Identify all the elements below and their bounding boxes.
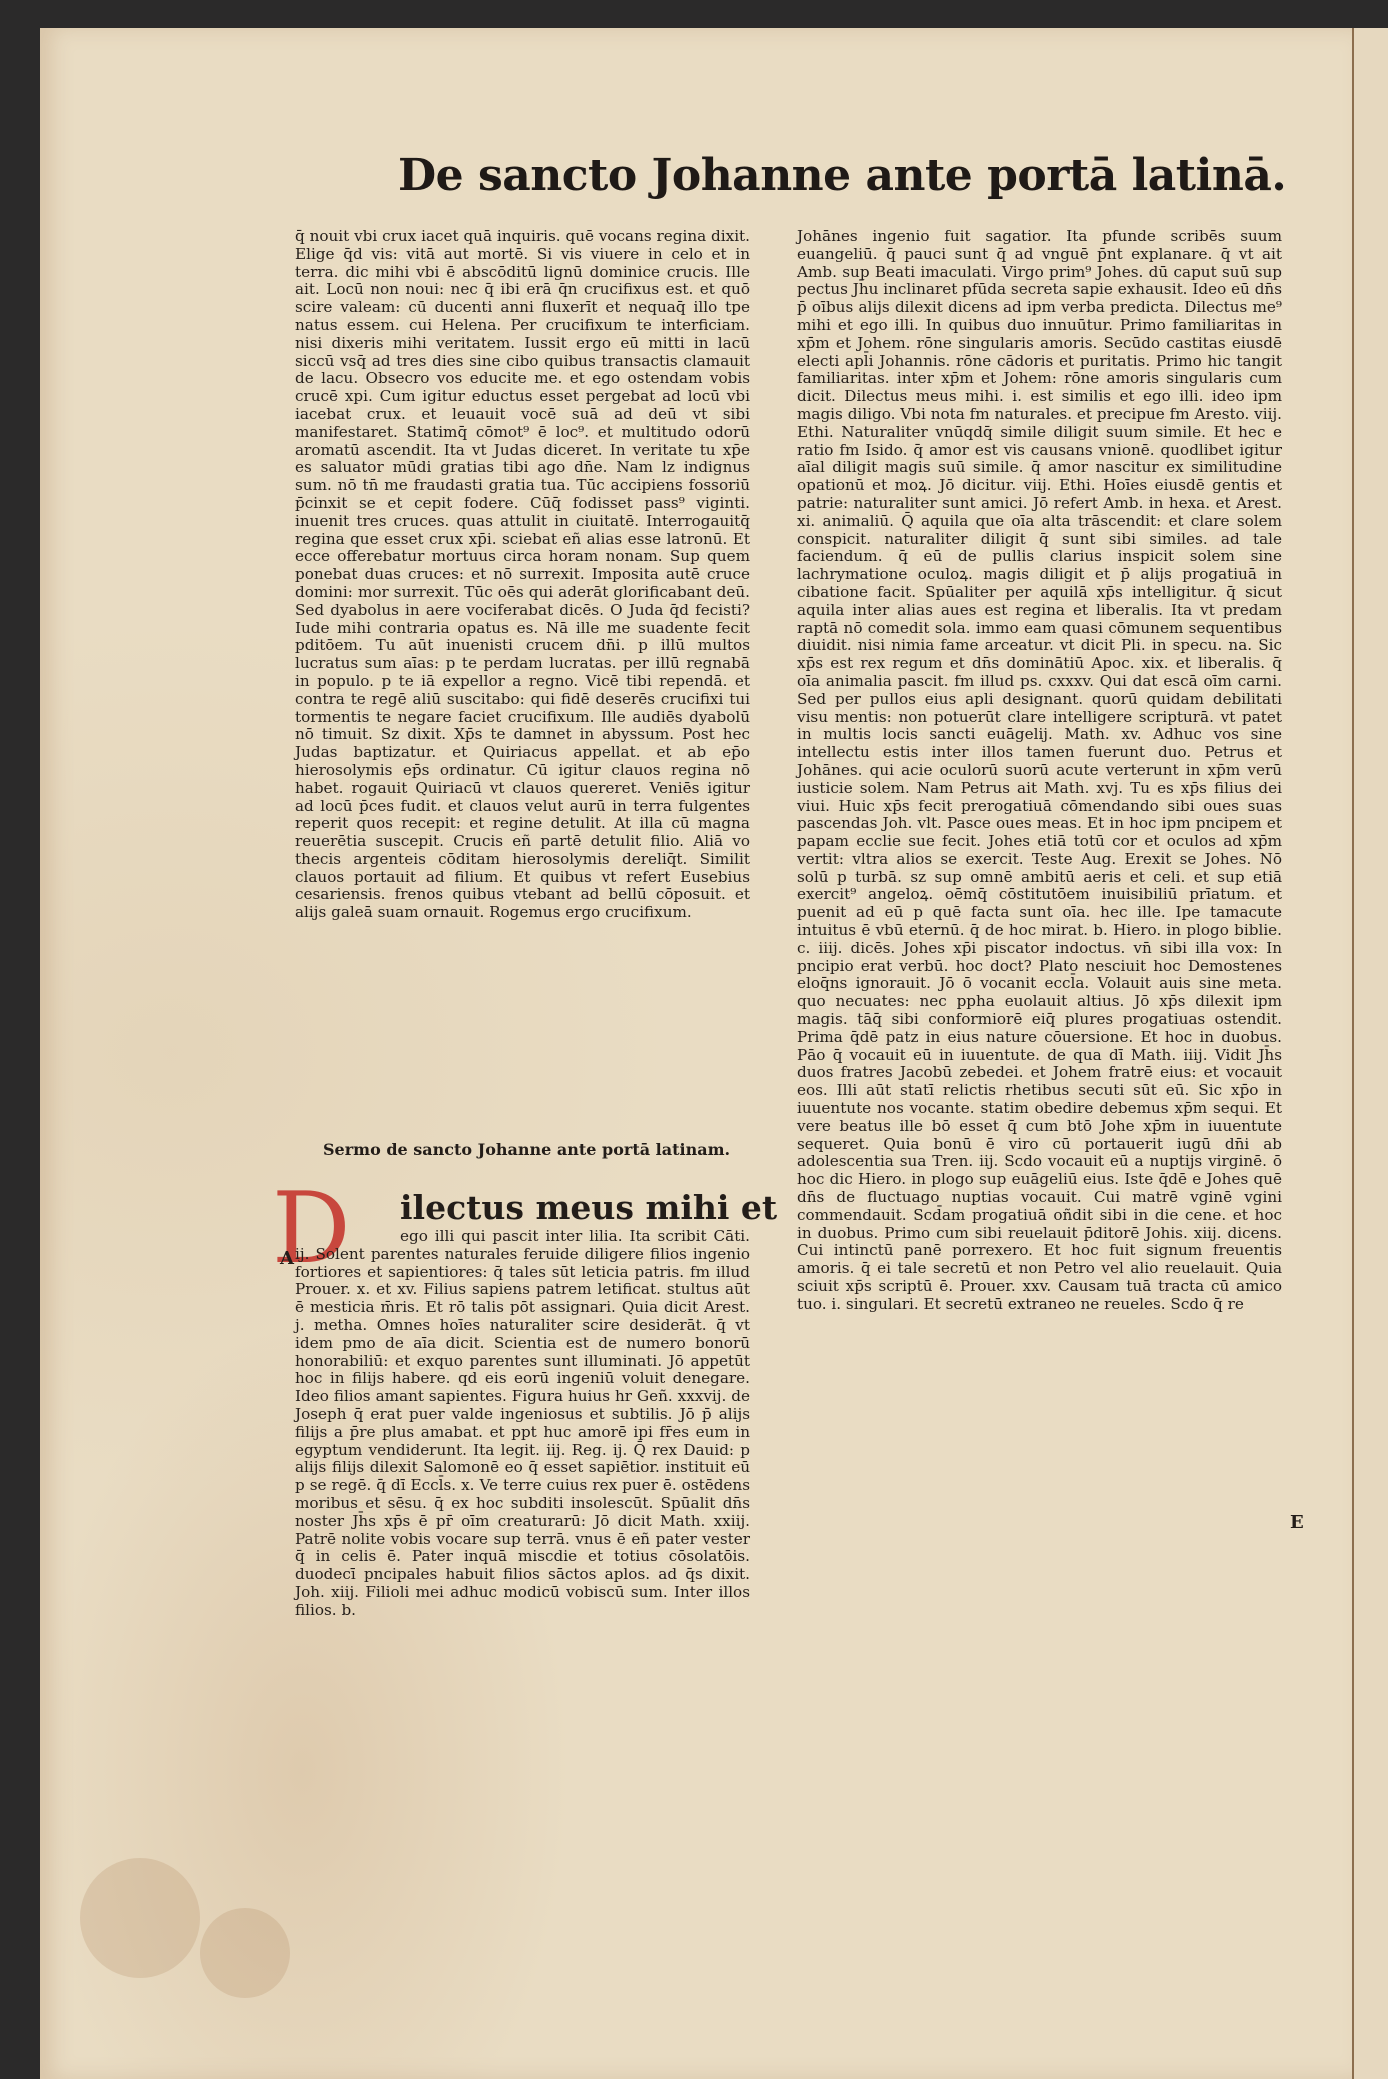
- sermon-text: ego illi qui pascit inter lilia. Ita scr…: [295, 1228, 750, 1620]
- sermon-incipit: ilectus meus mihi et: [400, 1188, 777, 1227]
- sermon-heading: Sermo de sancto Johanne ante portā latin…: [323, 1140, 730, 1159]
- water-stain: [200, 1908, 290, 1998]
- left-column: q̄ nouit vbi crux iacet quā inquiris. qu…: [295, 228, 750, 922]
- adjacent-page-edge: [1352, 28, 1388, 2079]
- right-column-text: Johānes ingenio fuit sagatior. Ita pfund…: [797, 228, 1282, 1314]
- running-title: De sancto Johanne ante portā latinā.: [398, 150, 1198, 201]
- margin-letter-right: E: [1290, 1512, 1304, 1533]
- left-column-text: q̄ nouit vbi crux iacet quā inquiris. qu…: [295, 228, 750, 922]
- sermon-text-block: ego illi qui pascit inter lilia. Ita scr…: [295, 1228, 750, 1620]
- margin-letter-left: A: [280, 1248, 294, 1269]
- right-column: Johānes ingenio fuit sagatior. Ita pfund…: [797, 228, 1282, 1314]
- water-stain: [80, 1858, 200, 1978]
